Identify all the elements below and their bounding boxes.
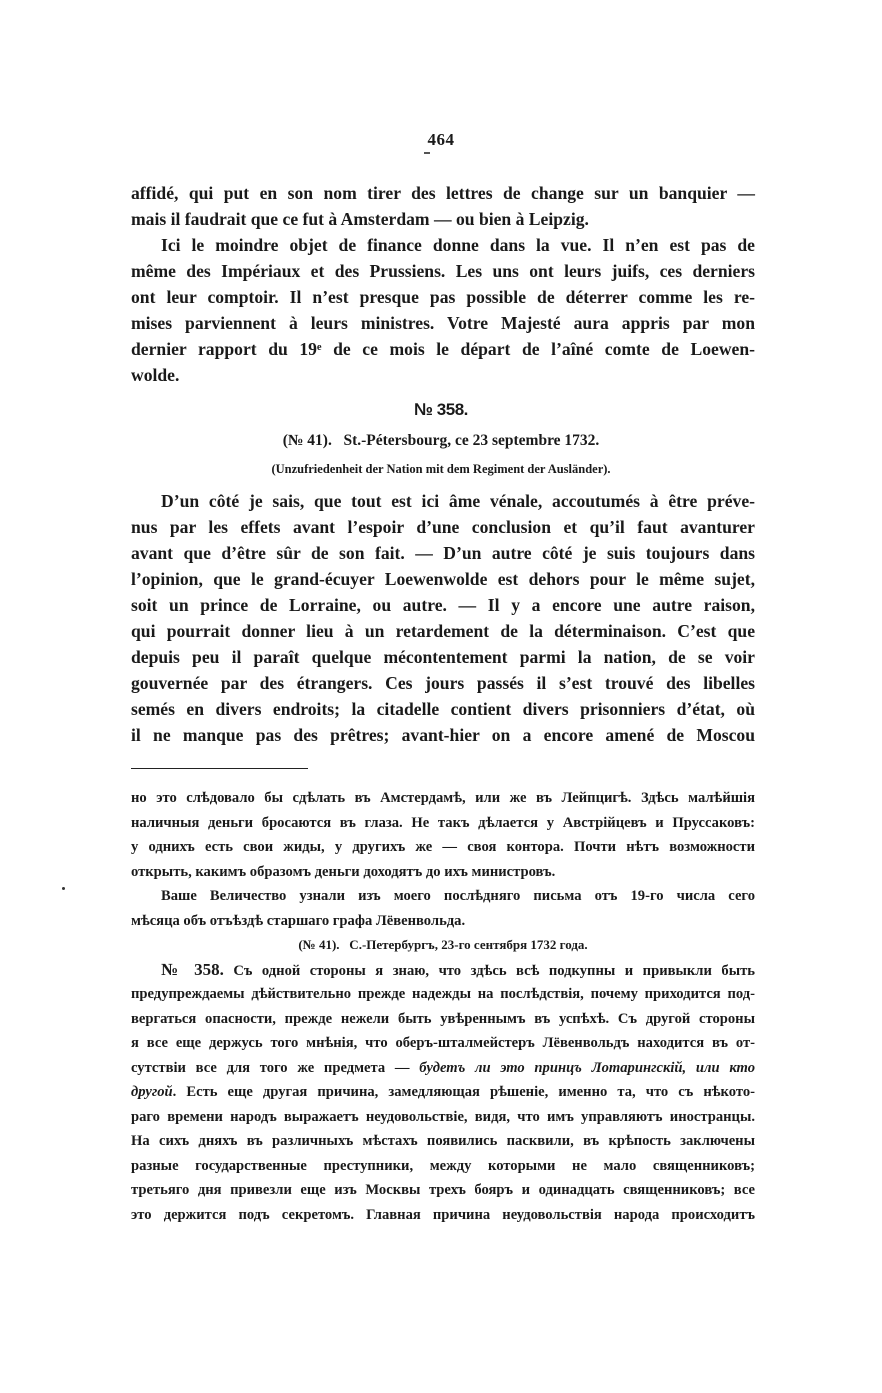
text-line: вергаться опасности, прежде нежели быть …: [131, 1007, 755, 1032]
text-line: qui pourrait donner lieu à un retardemen…: [131, 618, 755, 644]
text-span: Съ одной стороны я знаю, что здѣсь всѣ п…: [224, 963, 755, 979]
text-line: другой. Есть еще другая причина, замедля…: [131, 1080, 755, 1105]
text-line: № 358. Съ одной стороны я знаю, что здѣс…: [131, 958, 755, 983]
text-line: Ici le moindre objet de finance donne da…: [131, 232, 755, 258]
text-line: l’opinion, que le grand-écuyer Loewenwol…: [131, 566, 755, 592]
text-line: D’un côté je sais, que tout est ici âme …: [131, 488, 755, 514]
document-body: D’un côté je sais, que tout est ici âme …: [131, 488, 755, 748]
text-line: это держится подъ секретомъ. Главная при…: [131, 1203, 755, 1228]
text-line: у однихъ есть свои жиды, у другихъ же — …: [131, 835, 755, 860]
margin-dot: [62, 887, 65, 890]
text-line: разные государственные преступники, межд…: [131, 1154, 755, 1179]
text-line: открыть, какимъ образомъ деньги доходятъ…: [131, 860, 755, 885]
italic-span: другой: [131, 1084, 173, 1100]
text-line: mises parviennent à leurs ministres. Vot…: [131, 310, 755, 336]
text-line: gouvernée par des étrangers. Ces jours p…: [131, 670, 755, 696]
text-line: третьяго дня привезли еще изъ Москвы тре…: [131, 1178, 755, 1203]
text-line: wolde.: [131, 362, 755, 388]
italic-span: будетъ ли это принцъ Лотарингскій, или к…: [419, 1060, 755, 1076]
russian-dateline: (№ 41). С.-Петербургъ, 23-го сентября 17…: [131, 933, 755, 958]
text-span: . Есть еще другая причина, замедляющая р…: [173, 1084, 755, 1100]
page-number: 464: [0, 130, 882, 150]
french-continuation: affidé, qui put en son nom tirer des let…: [131, 180, 755, 388]
text-line: сутствіи все для того же предмета — буде…: [131, 1056, 755, 1081]
text-line: affidé, qui put en son nom tirer des let…: [131, 180, 755, 206]
text-line: mais il faudrait que ce fut à Amsterdam …: [131, 206, 755, 232]
text-line: мѣсяца объ отъѣздѣ старшаго графа Лёвенв…: [131, 909, 755, 934]
text-line: il ne manque pas des prêtres; avant-hier…: [131, 722, 755, 748]
page-number-underline: [424, 152, 430, 154]
text-line: soit un prince de Lorraine, ou autre. — …: [131, 592, 755, 618]
russian-translation: но это слѣдовало бы сдѣлать въ Амстердам…: [131, 786, 755, 1227]
text-line: предупреждаемы дѣйствительно прежде наде…: [131, 982, 755, 1007]
document-number: № 358.: [0, 400, 882, 420]
text-line: но это слѣдовало бы сдѣлать въ Амстердам…: [131, 786, 755, 811]
text-line: Ваше Величество узнали изъ моего послѣдн…: [131, 884, 755, 909]
text-line: semés en divers endroits; la citadelle c…: [131, 696, 755, 722]
text-line: dernier rapport du 19ᵉ de ce mois le dép…: [131, 336, 755, 362]
document-summary: (Unzufriedenheit der Nation mit dem Regi…: [0, 462, 882, 477]
text-line: я все еще держусь того мнѣнія, что оберъ…: [131, 1031, 755, 1056]
text-line: même des Impériaux et des Prussiens. Les…: [131, 258, 755, 284]
text-line: avant que d’être sûr de son fait. — D’un…: [131, 540, 755, 566]
document-dateline: (№ 41). St.-Pétersbourg, ce 23 septembre…: [0, 432, 882, 450]
text-line: На сихъ дняхъ въ различныхъ мѣстахъ появ…: [131, 1129, 755, 1154]
text-line: наличныя деньги бросаются въ глаза. Не т…: [131, 811, 755, 836]
text-span: сутствіи все для того же предмета —: [131, 1060, 419, 1076]
text-line: depuis peu il paraît quelque mécontentem…: [131, 644, 755, 670]
text-line: nus par les effets avant l’espoir d’une …: [131, 514, 755, 540]
text-line: ont leur comptoir. Il n’est presque pas …: [131, 284, 755, 310]
footnote-divider: [131, 768, 308, 769]
russian-document-number: № 358.: [161, 960, 224, 979]
text-line: раго времени народъ выражаетъ неудовольс…: [131, 1105, 755, 1130]
